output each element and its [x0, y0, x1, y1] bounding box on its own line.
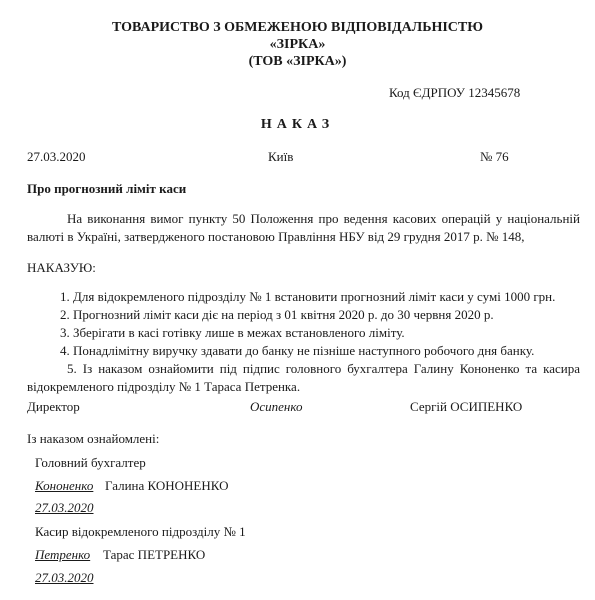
org-name: ТОВАРИСТВО З ОБМЕЖЕНОЮ ВІДПОВІДАЛЬНІСТЮ	[0, 19, 595, 36]
order-item: 1. Для відокремленого підрозділу № 1 вст…	[60, 288, 555, 306]
order-item: 2. Прогнозний ліміт каси діє на період з…	[60, 306, 494, 324]
acknowledger-signature: Кононенко	[35, 478, 93, 494]
acknowledger-date: 27.03.2020	[35, 500, 94, 516]
acknowledged-label: Із наказом ознайомлені:	[27, 431, 159, 447]
order-subject: Про прогнозний ліміт каси	[27, 181, 186, 197]
acknowledger-name: Тарас ПЕТРЕНКО	[103, 547, 205, 563]
order-number: № 76	[480, 149, 509, 165]
director-signature: Осипенко	[250, 399, 302, 415]
order-city: Київ	[268, 149, 293, 165]
director-position: Директор	[27, 399, 80, 415]
preamble: На виконання вимог пункту 50 Положення п…	[27, 210, 580, 246]
order-word: НАКАЗУЮ:	[27, 260, 96, 276]
acknowledger-date: 27.03.2020	[35, 570, 94, 586]
acknowledger-name: Галина КОНОНЕНКО	[105, 478, 228, 494]
acknowledger-position: Головний бухгалтер	[35, 455, 146, 471]
acknowledger-signature: Петренко	[35, 547, 90, 563]
acknowledger-position: Касир відокремленого підрозділу № 1	[35, 524, 246, 540]
order-date: 27.03.2020	[27, 149, 86, 165]
order-item: 3. Зберігати в касі готівку лише в межах…	[60, 324, 405, 342]
org-abbreviation: (ТОВ «ЗІРКА»)	[0, 53, 595, 70]
document-title: НАКАЗ	[0, 117, 595, 133]
order-item: 4. Понадлімітну виручку здавати до банку…	[60, 342, 534, 360]
director-name: Сергій ОСИПЕНКО	[410, 399, 522, 415]
order-item: 5. Із наказом ознайомити під підпис голо…	[27, 360, 580, 396]
edrpou-code: Код ЄДРПОУ 12345678	[389, 85, 520, 101]
org-short-name: «ЗІРКА»	[0, 36, 595, 53]
